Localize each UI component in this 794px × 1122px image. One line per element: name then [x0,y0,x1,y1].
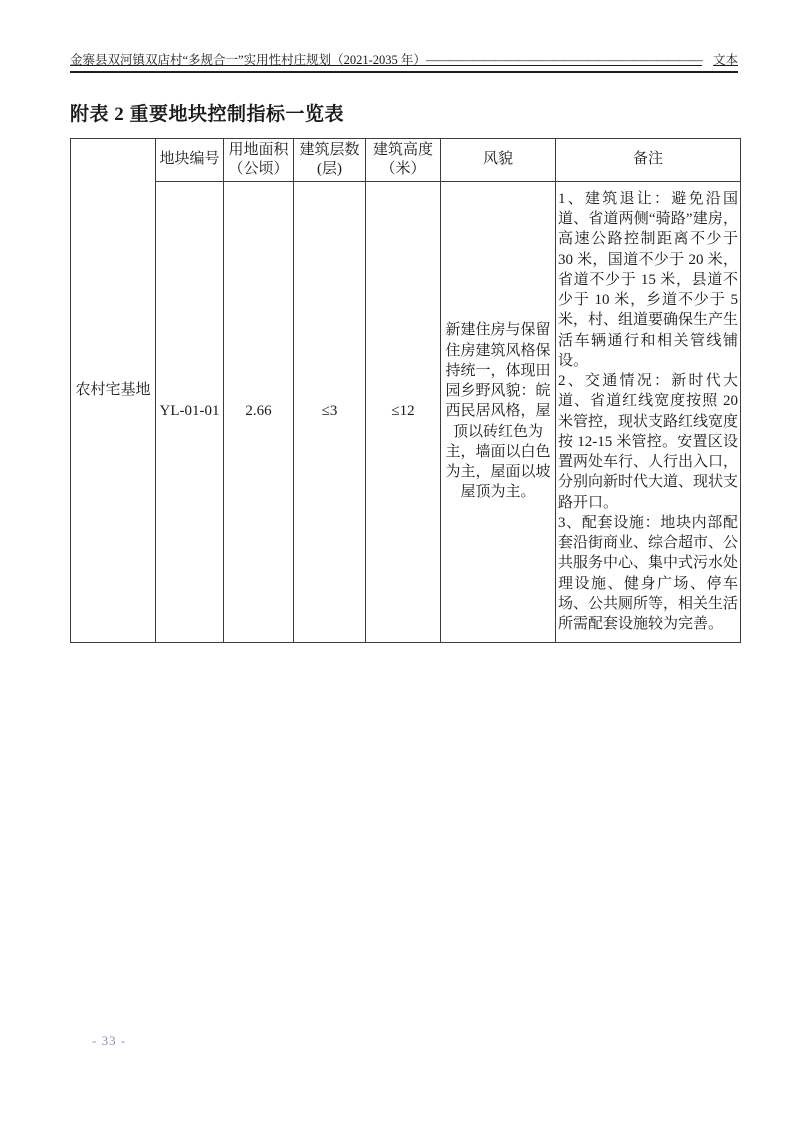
header-cell-notes: 备注 [556,139,741,182]
header-cell-area: 用地面积 （公顷） [224,139,294,182]
category-label: 农村宅基地 [75,382,150,398]
header-cell-plot-no: 地块编号 [156,139,224,182]
header-label: 建筑高度 [368,141,438,160]
note-item-2: 2、交通情况：新时代大道、省道红线宽度按照 20 米管控，现状支路红线宽度按 1… [558,371,738,513]
cell-notes: 1、建筑退让：避免沿国道、省道两侧“骑路”建房，高速公路控制距离不少于 30 米… [556,181,741,642]
cell-floors: ≤3 [294,181,366,642]
header-cell-floors: 建筑层数 (层) [294,139,366,182]
page-header-title: 金寨县双河镇双店村“多规合一”实用性村庄规划（2021-2035 年） [70,50,426,68]
header-label: 备注 [558,150,738,169]
note-item-1: 1、建筑退让：避免沿国道、省道两侧“骑路”建房，高速公路控制距离不少于 30 米… [558,189,738,371]
table-data-row: YL-01-01 2.66 ≤3 ≤12 新建住房与保留住房建筑风格保持统一，体… [71,181,741,642]
note-item-3: 3、配套设施：地块内部配套沿街商业、综合超市、公共服务中心、集中式污水处理设施、… [558,513,738,635]
indicators-table: 农村宅基地 地块编号 用地面积 （公顷） 建筑层数 (层) 建筑高度 （米） 风… [70,138,741,643]
table-title: 附表 2 重要地块控制指标一览表 [70,99,344,126]
header-label: 建筑层数 [296,141,363,160]
header-cell-height: 建筑高度 （米） [366,139,441,182]
page-header: 金寨县双河镇双店村“多规合一”实用性村庄规划（2021-2035 年） ————… [70,50,738,73]
header-label: 风貌 [443,150,553,169]
cell-plot-no: YL-01-01 [156,181,224,642]
header-cell-style: 风貌 [441,139,556,182]
header-sublabel: （公顷） [226,160,291,179]
page-header-dash-rule: ———————————————————————— [426,53,713,68]
table-header-row: 农村宅基地 地块编号 用地面积 （公顷） 建筑层数 (层) 建筑高度 （米） 风… [71,139,741,182]
cell-height: ≤12 [366,181,441,642]
cell-category: 农村宅基地 [71,139,156,643]
page-header-suffix: 文本 [713,50,738,68]
header-label: 用地面积 [226,141,291,160]
header-label: 地块编号 [158,150,221,169]
header-sublabel: (层) [296,160,363,179]
cell-area: 2.66 [224,181,294,642]
page-number: - 33 - [92,1033,126,1049]
header-sublabel: （米） [368,160,438,179]
cell-style: 新建住房与保留住房建筑风格保持统一，体现田园乡野风貌：皖西民居风格，屋顶以砖红色… [441,181,556,642]
